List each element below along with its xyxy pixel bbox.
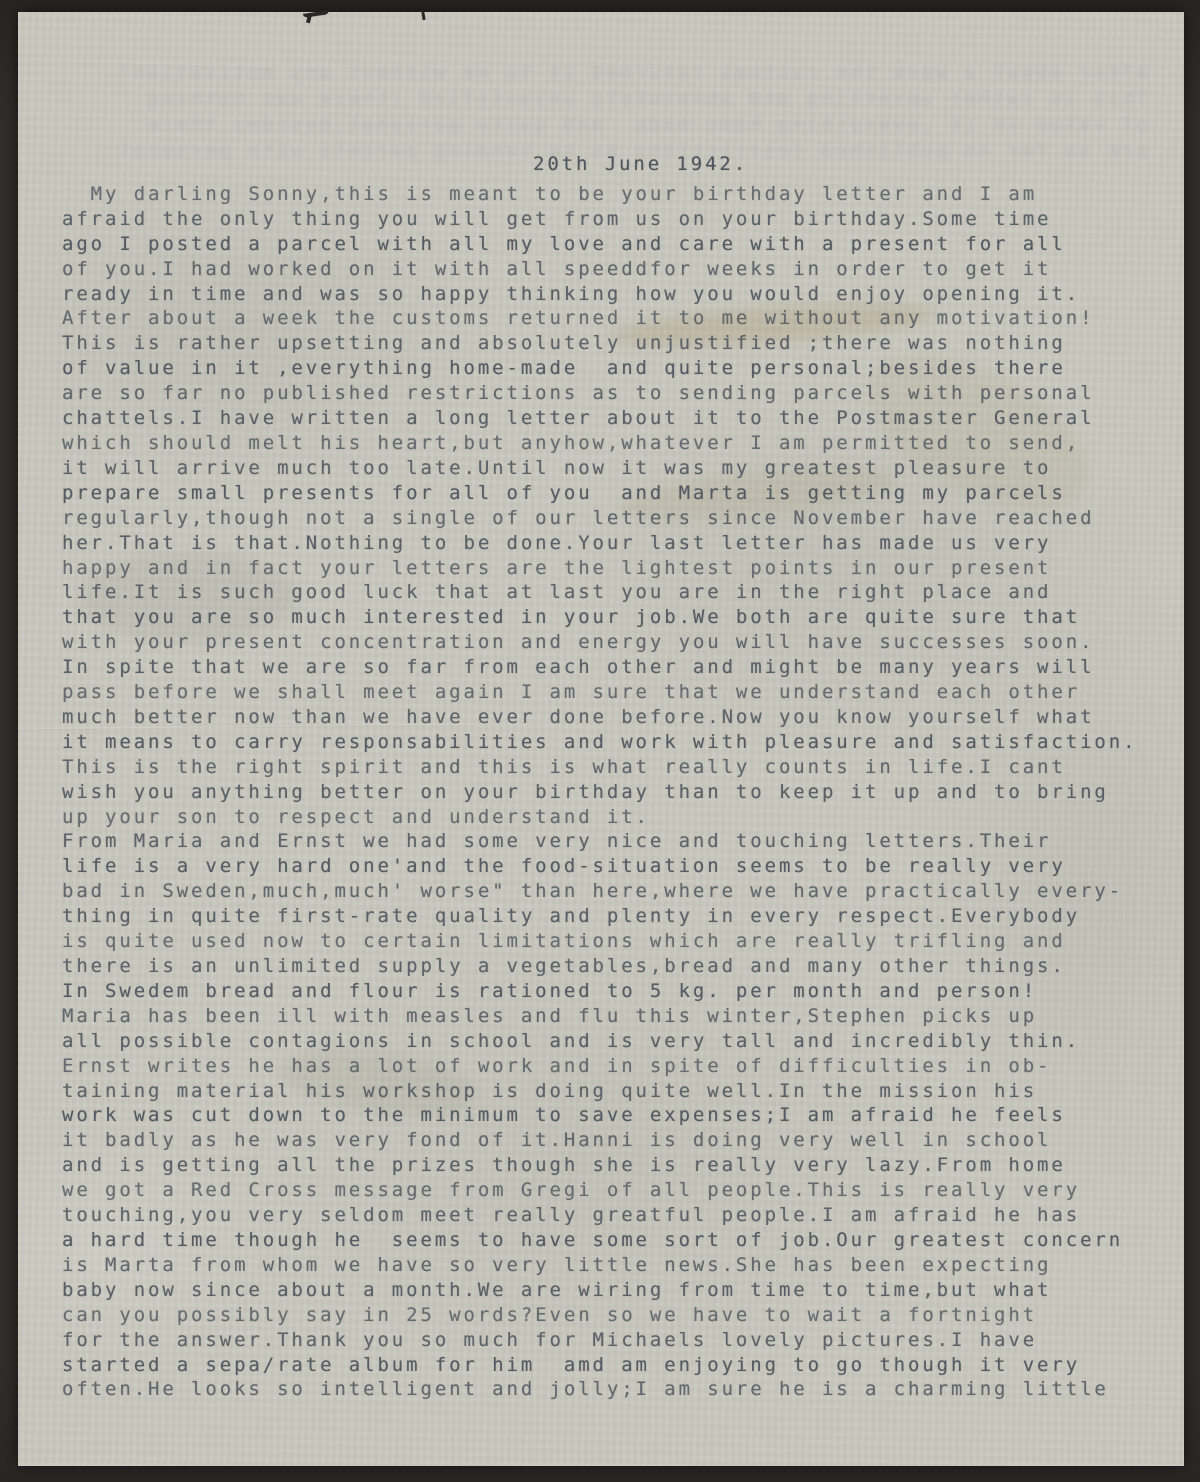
letter-line: started a sepa/rate album for him amd am… [62, 1353, 1172, 1378]
letter-line: are so far no published restrictions as … [62, 381, 1172, 406]
letter-line: thing in quite first-rate quality and pl… [62, 904, 1172, 929]
paper-tear [421, 12, 425, 20]
letter-line: taining material his workshop is doing q… [62, 1079, 1172, 1104]
letter-line: work was cut down to the minimum to save… [62, 1103, 1172, 1128]
letter-line: often.He looks so intelligent and jolly;… [62, 1377, 1172, 1402]
letter-line: ago I posted a parcel with all my love a… [62, 232, 1172, 257]
letter-line: happy and in fact your letters are the l… [62, 556, 1172, 581]
letter-line: there is an unlimited supply a vegetable… [62, 954, 1172, 979]
letter-line: of you.I had worked on it with all speed… [62, 257, 1172, 282]
letter-line: touching,you very seldom meet really gre… [62, 1203, 1172, 1228]
letter-line: that you are so much interested in your … [62, 605, 1172, 630]
letter-line: ready in time and was so happy thinking … [62, 282, 1172, 307]
letter-page: After about a week the customs returned … [18, 12, 1184, 1466]
letter-line: After about a week the customs returned … [62, 306, 1172, 331]
letter-line: it will arrive much too late.Until now i… [62, 456, 1172, 481]
letter-line: afraid the only thing you will get from … [62, 207, 1172, 232]
letter-line: can you possibly say in 25 words?Even so… [62, 1303, 1172, 1328]
letter-line: for the answer.Thank you so much for Mic… [62, 1328, 1172, 1353]
letter-line: which should melt his heart,but anyhow,w… [62, 431, 1172, 456]
letter-line: is Marta from whom we have so very littl… [62, 1253, 1172, 1278]
letter-line: In Swedem bread and flour is rationed to… [62, 979, 1172, 1004]
letter-line: chattels.I have written a long letter ab… [62, 406, 1172, 431]
letter-line: prepare small presents for all of you an… [62, 481, 1172, 506]
bleed-through-line: of value in it ,everything home-made and… [48, 112, 1148, 138]
letter-line: wish you anything better on your birthda… [62, 780, 1172, 805]
letter-line: up your son to respect and understand it… [62, 805, 1172, 830]
letter-line: This is the right spirit and this is wha… [62, 755, 1172, 780]
letter-line: My darling Sonny,this is meant to be you… [62, 182, 1172, 207]
letter-line: life.It is such good luck that at last y… [62, 580, 1172, 605]
letter-line: a hard time though he seems to have some… [62, 1228, 1172, 1253]
letter-line: Maria has been ill with measles and flu … [62, 1004, 1172, 1029]
letter-line: pass before we shall meet again I am sur… [62, 680, 1172, 705]
letter-line: life is a very hard one'and the food-sit… [62, 854, 1172, 879]
bleed-through-line: After about a week the customs returned … [48, 60, 1148, 86]
letter-line: it badly as he was very fond of it.Hanni… [62, 1128, 1172, 1153]
letter-line: with your present concentration and ener… [62, 630, 1172, 655]
letter-line: From Maria and Ernst we had some very ni… [62, 829, 1172, 854]
letter-body: 20th June 1942. My darling Sonny,this is… [62, 152, 1172, 1402]
letter-line: it means to carry responsabilities and w… [62, 730, 1172, 755]
letter-line: of value in it ,everything home-made and… [62, 356, 1172, 381]
bleed-through-line: This is rather upsetting and absolutely … [48, 86, 1148, 112]
letter-line: In spite that we are so far from each ot… [62, 655, 1172, 680]
letter-lines: My darling Sonny,this is meant to be you… [62, 182, 1172, 1402]
letter-line: much better now than we have ever done b… [62, 705, 1172, 730]
letter-line: regularly,though not a single of our let… [62, 506, 1172, 531]
letter-line: baby now since about a month.We are wiri… [62, 1278, 1172, 1303]
letter-line: Ernst writes he has a lot of work and in… [62, 1054, 1172, 1079]
letter-line: bad in Sweden,much,much' worse" than her… [62, 879, 1172, 904]
letter-date: 20th June 1942. [533, 152, 1172, 177]
fold-crease-horizontal [18, 58, 358, 72]
paper-tear [306, 14, 312, 24]
letter-line: This is rather upsetting and absolutely … [62, 331, 1172, 356]
letter-line: all possible contagions in school and is… [62, 1029, 1172, 1054]
letter-line: and is getting all the prizes though she… [62, 1153, 1172, 1178]
letter-line: her.That is that.Nothing to be done.Your… [62, 531, 1172, 556]
letter-line: we got a Red Cross message from Gregi of… [62, 1178, 1172, 1203]
letter-line: is quite used now to certain limitations… [62, 929, 1172, 954]
